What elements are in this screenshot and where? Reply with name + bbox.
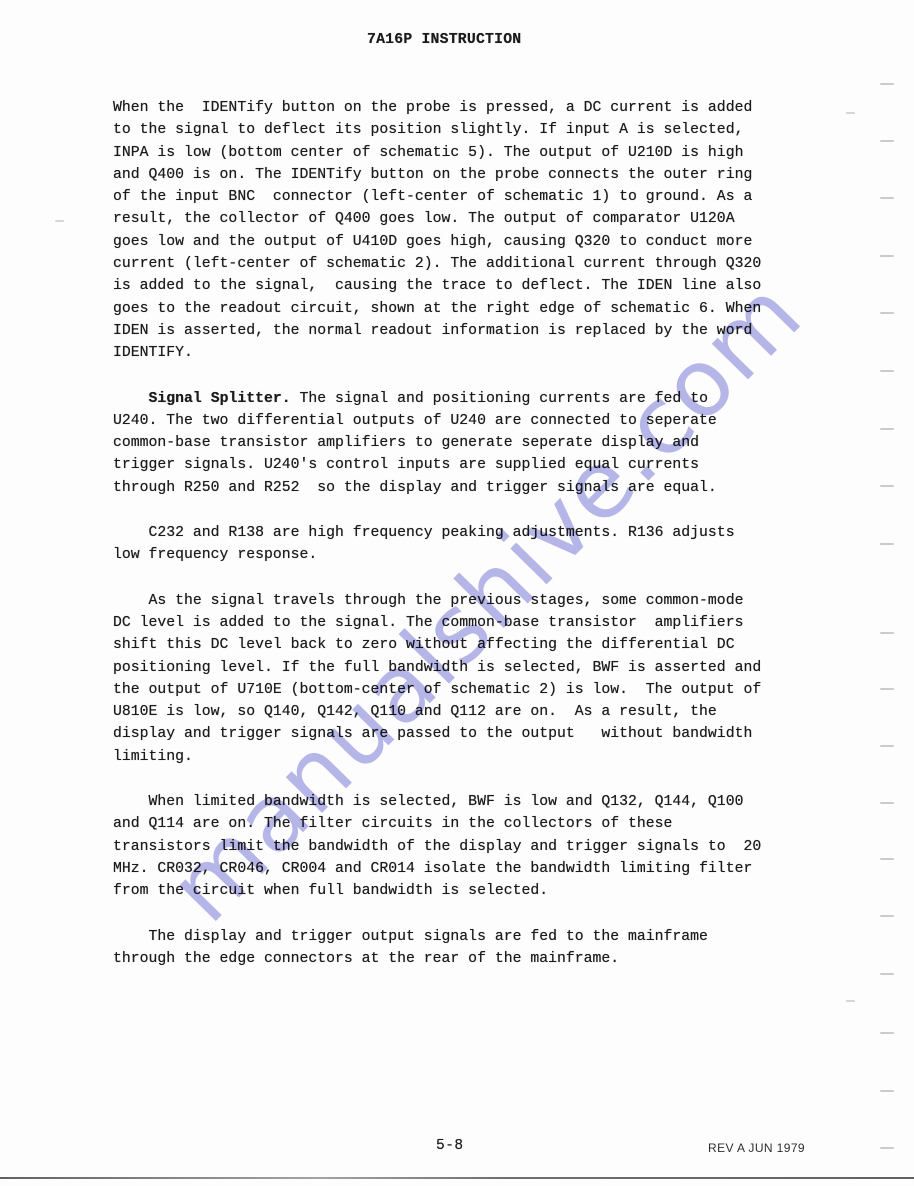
text-line: C232 and R138 are high frequency peaking…: [113, 522, 803, 544]
text-line: U240. The two differential outputs of U2…: [113, 410, 803, 432]
text-segment: current (left-center of schematic 2). Th…: [113, 256, 761, 272]
text-segment: from the circuit when full bandwidth is …: [113, 883, 548, 899]
scan-artifact-dash: [880, 428, 894, 430]
scan-artifact-dash: [880, 745, 894, 747]
scan-artifact-dash: [880, 197, 894, 199]
text-segment: through R250 and R252 so the display and…: [113, 480, 717, 496]
text-segment: IDENTIFY.: [113, 345, 193, 361]
text-segment: shift this DC level back to zero without…: [113, 637, 735, 653]
scan-artifact-dash: [880, 140, 894, 142]
text-segment: U810E is low, so Q140, Q142, Q110 and Q1…: [113, 704, 717, 720]
text-line: result, the collector of Q400 goes low. …: [113, 208, 803, 230]
scanned-manual-page: 7A16P INSTRUCTION When the IDENTify butt…: [0, 0, 914, 1186]
text-line: of the input BNC connector (left-center …: [113, 186, 803, 208]
text-segment: goes low and the output of U410D goes hi…: [113, 234, 752, 250]
text-segment: U240. The two differential outputs of U2…: [113, 413, 717, 429]
text-line: through R250 and R252 so the display and…: [113, 477, 803, 499]
text-line: The display and trigger output signals a…: [113, 926, 803, 948]
paragraph: Signal Splitter. The signal and position…: [113, 388, 803, 499]
text-segment: C232 and R138 are high frequency peaking…: [113, 525, 735, 541]
page-number: 5-8: [436, 1138, 464, 1154]
scan-artifact-dash: [880, 255, 894, 257]
text-line: INPA is low (bottom center of schematic …: [113, 142, 803, 164]
scan-artifact-dash: [880, 688, 894, 690]
text-line: Signal Splitter. The signal and position…: [113, 388, 803, 410]
text-segment: and Q114 are on. The filter circuits in …: [113, 816, 672, 832]
text-line: IDENTIFY.: [113, 342, 803, 364]
text-line: common-base transistor amplifiers to gen…: [113, 432, 803, 454]
text-segment: the output of U710E (bottom-center of sc…: [113, 682, 761, 698]
scan-artifact-dash: [846, 1000, 855, 1002]
text-line: the output of U710E (bottom-center of sc…: [113, 679, 803, 701]
text-segment: As the signal travels through the previo…: [113, 593, 743, 609]
paragraph: When limited bandwidth is selected, BWF …: [113, 791, 803, 902]
text-segment: When the IDENTify button on the probe is…: [113, 100, 752, 116]
text-segment: trigger signals. U240's control inputs a…: [113, 457, 699, 473]
text-segment: [113, 391, 149, 407]
text-line: goes low and the output of U410D goes hi…: [113, 231, 803, 253]
text-line: When the IDENTify button on the probe is…: [113, 97, 803, 119]
scan-artifact-dash: [880, 1090, 894, 1092]
text-line: and Q400 is on. The IDENTify button on t…: [113, 164, 803, 186]
scan-artifact-dash: [880, 543, 894, 545]
scan-artifact-dash: [880, 370, 894, 372]
scan-artifact-dash: [55, 220, 64, 222]
text-segment: IDEN is asserted, the normal readout inf…: [113, 323, 752, 339]
text-segment: limiting.: [113, 749, 193, 765]
scan-artifact-dash: [880, 83, 894, 85]
scan-artifact-dash: [880, 1032, 894, 1034]
text-line: from the circuit when full bandwidth is …: [113, 880, 803, 902]
text-line: display and trigger signals are passed t…: [113, 723, 803, 745]
text-segment: MHz. CR032, CR046, CR004 and CR014 isola…: [113, 861, 752, 877]
text-segment: low frequency response.: [113, 547, 317, 563]
bold-text-segment: Signal Splitter.: [149, 391, 291, 407]
text-segment: INPA is low (bottom center of schematic …: [113, 145, 743, 161]
content: When the IDENTify button on the probe is…: [113, 97, 803, 970]
scan-artifact-dash: [880, 1147, 894, 1149]
text-line: to the signal to deflect its position sl…: [113, 119, 803, 141]
text-line: MHz. CR032, CR046, CR004 and CR014 isola…: [113, 858, 803, 880]
revision-label: REV A JUN 1979: [708, 1141, 805, 1155]
paragraph: As the signal travels through the previo…: [113, 590, 803, 768]
text-segment: is added to the signal, causing the trac…: [113, 278, 761, 294]
scan-artifact-dash: [880, 915, 894, 917]
text-line: transistors limit the bandwidth of the d…: [113, 836, 803, 858]
text-line: IDEN is asserted, the normal readout inf…: [113, 320, 803, 342]
text-segment: The signal and positioning currents are …: [291, 391, 708, 407]
scan-artifact-dash: [880, 973, 894, 975]
scan-artifact-dash: [880, 485, 894, 487]
text-line: When limited bandwidth is selected, BWF …: [113, 791, 803, 813]
text-segment: The display and trigger output signals a…: [113, 929, 708, 945]
text-line: U810E is low, so Q140, Q142, Q110 and Q1…: [113, 701, 803, 723]
text-line: positioning level. If the full bandwidth…: [113, 657, 803, 679]
text-line: low frequency response.: [113, 544, 803, 566]
text-line: current (left-center of schematic 2). Th…: [113, 253, 803, 275]
scan-artifact-dash: [880, 632, 894, 634]
text-line: As the signal travels through the previo…: [113, 590, 803, 612]
text-segment: to the signal to deflect its position sl…: [113, 122, 743, 138]
text-segment: transistors limit the bandwidth of the d…: [113, 839, 761, 855]
text-segment: DC level is added to the signal. The com…: [113, 615, 743, 631]
bottom-scan-line: [0, 1177, 914, 1179]
text-line: goes to the readout circuit, shown at th…: [113, 298, 803, 320]
page-title: 7A16P INSTRUCTION: [367, 32, 521, 48]
paragraph: The display and trigger output signals a…: [113, 926, 803, 971]
text-line: trigger signals. U240's control inputs a…: [113, 454, 803, 476]
scan-artifact-dash: [846, 112, 855, 114]
text-line: through the edge connectors at the rear …: [113, 948, 803, 970]
scan-artifact-dash: [880, 312, 894, 314]
text-segment: of the input BNC connector (left-center …: [113, 189, 752, 205]
text-line: is added to the signal, causing the trac…: [113, 275, 803, 297]
scan-artifact-dash: [880, 858, 894, 860]
text-segment: and Q400 is on. The IDENTify button on t…: [113, 167, 752, 183]
text-line: DC level is added to the signal. The com…: [113, 612, 803, 634]
text-line: and Q114 are on. The filter circuits in …: [113, 813, 803, 835]
text-segment: common-base transistor amplifiers to gen…: [113, 435, 699, 451]
paragraph: When the IDENTify button on the probe is…: [113, 97, 803, 365]
text-line: shift this DC level back to zero without…: [113, 634, 803, 656]
text-segment: goes to the readout circuit, shown at th…: [113, 301, 761, 317]
scan-artifact-dash: [880, 802, 894, 804]
text-segment: When limited bandwidth is selected, BWF …: [113, 794, 743, 810]
text-segment: positioning level. If the full bandwidth…: [113, 660, 761, 676]
paragraph: C232 and R138 are high frequency peaking…: [113, 522, 803, 567]
text-segment: result, the collector of Q400 goes low. …: [113, 211, 735, 227]
text-segment: display and trigger signals are passed t…: [113, 726, 752, 742]
text-segment: through the edge connectors at the rear …: [113, 951, 619, 967]
text-line: limiting.: [113, 746, 803, 768]
